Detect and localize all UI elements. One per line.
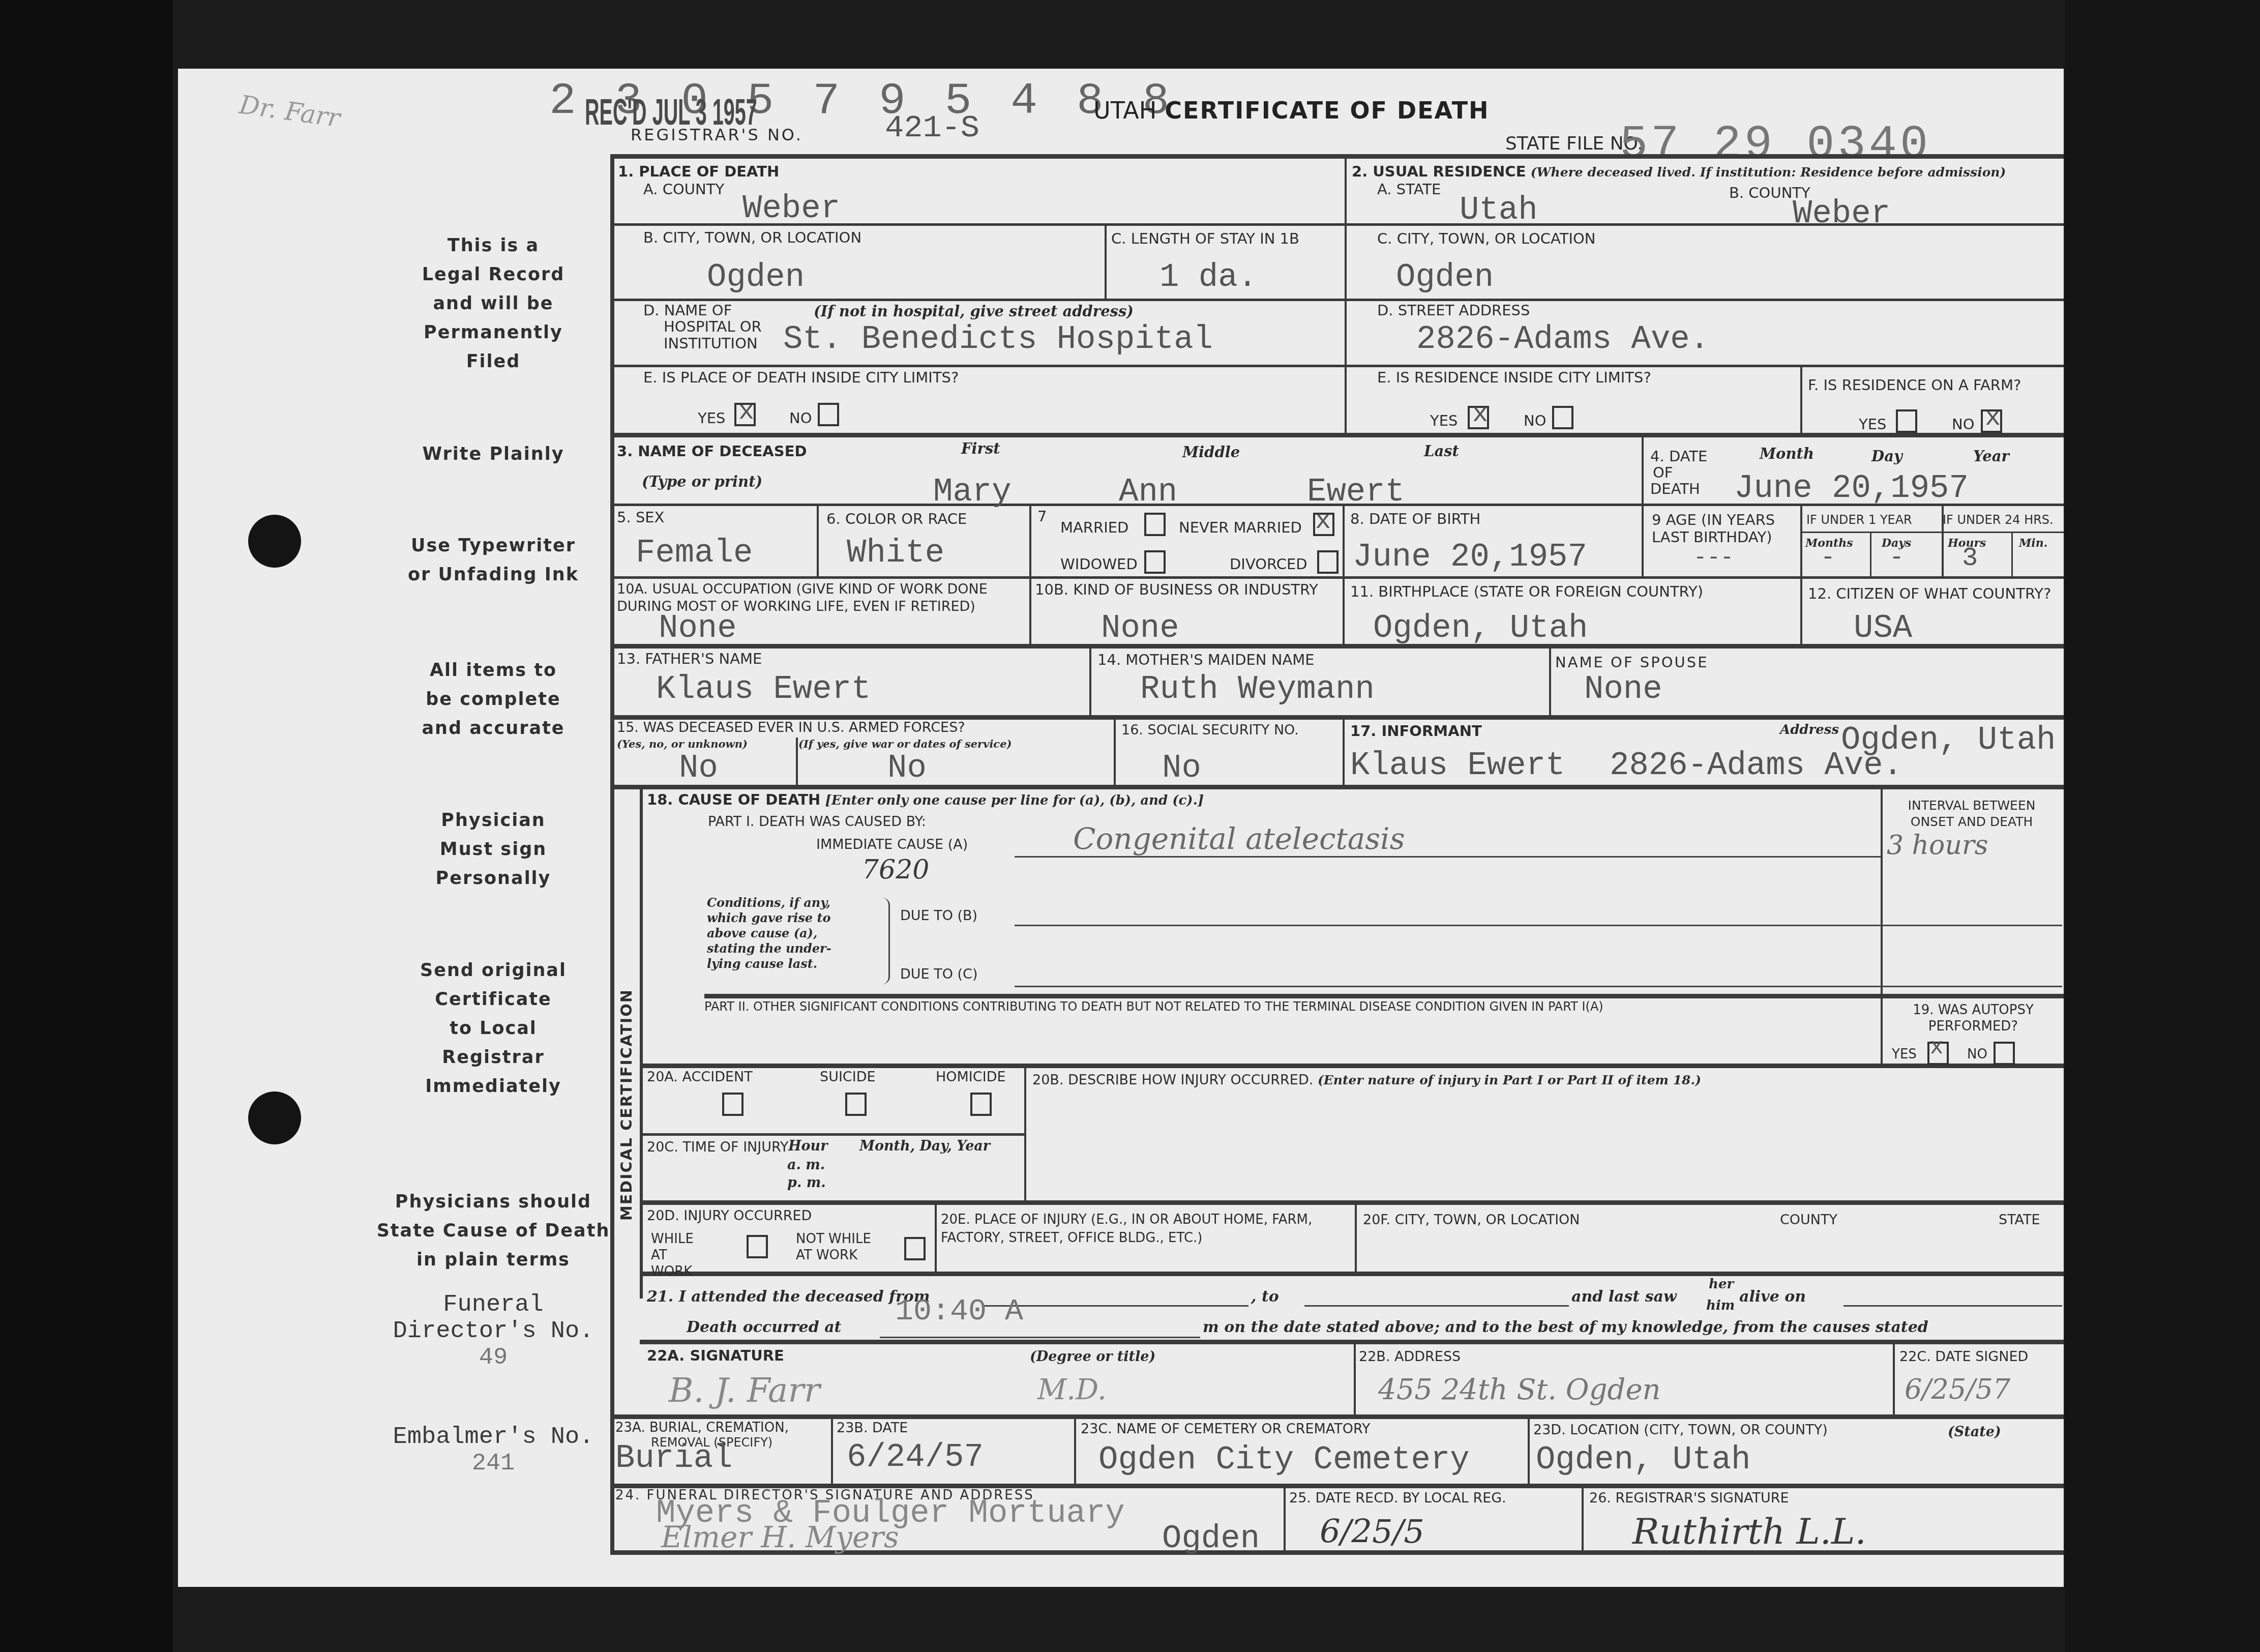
armed-forces-label: 15. WAS DECEASED EVER IN U.S. ARMED FORC… <box>617 720 965 735</box>
days-value[interactable]: - <box>1889 544 1904 572</box>
sidebar-note-typewriter: Use Typewriter or Unfading Ink <box>351 532 636 589</box>
autopsy-no-checkbox[interactable] <box>1994 1042 2015 1065</box>
date-signed-label: 22c. DATE SIGNED <box>1899 1349 2028 1365</box>
age-label: 9 AGE (In years last birthday) <box>1652 511 1794 546</box>
attended-text: 21. I attended the deceased from <box>647 1288 930 1306</box>
under-24-hrs-label: IF UNDER 24 HRS. <box>1943 513 2054 527</box>
registrar-no: 421-S <box>885 110 979 146</box>
her-label: her <box>1709 1277 1734 1292</box>
county-label: a. COUNTY <box>643 181 724 198</box>
married-label: MARRIED <box>1060 519 1128 536</box>
residence-state-value[interactable]: Utah <box>1460 192 1538 229</box>
suicide-checkbox[interactable] <box>845 1093 867 1116</box>
residence-state-label: a. STATE <box>1377 181 1441 198</box>
armed-forces-value[interactable]: No <box>679 750 718 787</box>
immediate-cause-label: IMMEDIATE CAUSE (a) <box>816 837 968 852</box>
funeral-city-value[interactable]: Ogden <box>1162 1521 1260 1557</box>
registrar-no-label: REGISTRAR'S NO. <box>631 125 803 144</box>
informant-address-label: Address <box>1780 722 1839 737</box>
injury-occurred-label: 20d. INJURY OCCURRED <box>647 1208 812 1224</box>
autopsy-yes-mark: x <box>1930 1035 1943 1060</box>
under-1-year-label: IF UNDER 1 YEAR <box>1806 513 1912 527</box>
hospital-hint: (If not in hospital, give street address… <box>814 303 1134 320</box>
informant-label: 17. INFORMANT <box>1350 722 1482 740</box>
date-of-death-label-1: 4. DATE <box>1650 448 1707 465</box>
farm-no-label: NO <box>1952 416 1975 433</box>
burial-method-label-1: 23a. BURIAL, CREMATION, <box>615 1420 789 1435</box>
residence-yes-label: YES <box>1430 412 1458 429</box>
citizen-label: 12. CITIZEN OF WHAT COUNTRY? <box>1808 585 2051 602</box>
physician-address-label: 22b. ADDRESS <box>1359 1349 1461 1365</box>
farm-yes-label: YES <box>1859 416 1886 433</box>
hour-label: Hour <box>788 1138 827 1154</box>
date-of-death-value[interactable]: June 20,1957 <box>1734 470 1969 507</box>
armed-hint-2: (If yes, give war or dates of service) <box>798 737 1012 750</box>
divorced-label: DIVORCED <box>1230 555 1307 573</box>
sidebar-note-write-plainly: Write Plainly <box>351 440 636 469</box>
signature-label: 22a. SIGNATURE <box>647 1347 784 1364</box>
last-name-label: Last <box>1424 442 1459 460</box>
interval-value[interactable]: 3 hours <box>1887 830 1988 861</box>
race-label: 6. COLOR OR RACE <box>826 510 967 527</box>
inside-limits-label: e. IS PLACE OF DEATH INSIDE CITY LIMITS? <box>643 369 959 386</box>
farm-yes-checkbox[interactable] <box>1896 409 1917 433</box>
armed-service-value[interactable]: No <box>887 750 927 787</box>
race-value[interactable]: White <box>847 535 944 572</box>
length-of-stay-label: c. LENGTH OF STAY IN 1b <box>1111 230 1299 247</box>
ssn-label: 16. SOCIAL SECURITY NO. <box>1121 722 1299 738</box>
citizen-value[interactable]: USA <box>1854 610 1912 647</box>
death-occurred-text: m on the date stated above; and to the b… <box>1203 1318 1928 1336</box>
homicide-label: HOMICIDE <box>936 1069 1005 1085</box>
punch-hole-top <box>248 515 301 568</box>
day-label: Day <box>1871 448 1902 465</box>
scan-background-right <box>2065 0 2260 1652</box>
residence-inside-no-checkbox[interactable] <box>1552 406 1573 429</box>
while-at-work-checkbox[interactable] <box>747 1235 768 1258</box>
residence-city-value[interactable]: Ogden <box>1396 259 1494 296</box>
sidebar-note-cause-plain: Physicians should State Cause of Death i… <box>351 1188 636 1275</box>
injury-state-label: STATE <box>1999 1212 2040 1228</box>
funeral-director-signature[interactable]: Elmer H. Myers <box>661 1520 899 1554</box>
hospital-label-3: INSTITUTION <box>664 335 758 352</box>
sex-label: 5. SEX <box>617 509 665 526</box>
hospital-value[interactable]: St. Benedicts Hospital <box>783 321 1213 358</box>
mother-label: 14. MOTHER'S MAIDEN NAME <box>1097 651 1315 668</box>
title-text: CERTIFICATE OF DEATH <box>1165 97 1489 124</box>
street-address-label: d. STREET ADDRESS <box>1377 302 1530 319</box>
divorced-checkbox[interactable] <box>1317 550 1339 574</box>
city-label: b. CITY, TOWN, OR LOCATION <box>643 229 861 246</box>
interval-label: INTERVAL BETWEEN ONSET AND DEATH <box>1888 798 2056 830</box>
place-of-death-label: 1. PLACE OF DEATH <box>618 163 779 180</box>
inside-limits-no-checkbox[interactable] <box>818 403 839 426</box>
residence-inside-yes-mark: x <box>1472 399 1488 429</box>
certificate-title: UTAH CERTIFICATE OF DEATH <box>1093 97 1490 124</box>
conditions-note: Conditions, if any, which gave rise to a… <box>707 895 875 971</box>
usual-residence-label: 2. USUAL RESIDENCE (Where deceased lived… <box>1352 163 2006 180</box>
burial-date-value[interactable]: 6/24/57 <box>847 1439 984 1476</box>
last-saw-text: and last saw <box>1571 1288 1677 1306</box>
industry-label: 10b. KIND OF BUSINESS OR INDUSTRY <box>1035 581 1318 598</box>
embalmer-no-block: Embalmer's No. 241 <box>351 1424 636 1477</box>
widowed-checkbox[interactable] <box>1144 550 1166 574</box>
married-checkbox[interactable] <box>1144 513 1166 536</box>
date-recd-value[interactable]: 6/25/5 <box>1320 1513 1424 1551</box>
am-label: a. m. <box>787 1157 825 1173</box>
burial-method-value[interactable]: Burial <box>615 1440 732 1477</box>
autopsy-no-label: NO <box>1967 1047 1987 1062</box>
part1-label: PART I. DEATH WAS CAUSED BY: <box>708 814 926 830</box>
sidebar-note-send-original: Send original Certificate to Local Regis… <box>351 956 636 1101</box>
birthplace-label: 11. BIRTHPLACE (State or foreign country… <box>1350 583 1703 600</box>
time-of-injury-label: 20c. TIME OF INJURY <box>647 1139 789 1155</box>
inside-limits-no-label: NO <box>789 409 812 427</box>
death-county-value[interactable]: Weber <box>742 191 840 227</box>
sidebar-note-physician-sign: Physician Must sign Personally <box>351 806 636 893</box>
scan-background-left <box>0 0 173 1652</box>
burial-date-label: 23b. DATE <box>837 1420 908 1436</box>
residence-no-label: NO <box>1524 412 1547 429</box>
injury-county-label: COUNTY <box>1780 1212 1837 1228</box>
not-while-at-work-checkbox[interactable] <box>904 1237 926 1260</box>
sex-value[interactable]: Female <box>636 535 753 572</box>
due-to-b-label: DUE TO (b) <box>900 908 977 924</box>
deceased-name-label: 3. NAME OF DECEASED <box>617 442 807 460</box>
autopsy-label: 19. WAS AUTOPSY PERFORMED? <box>1887 1002 2060 1035</box>
street-address-value[interactable]: 2826-Adams Ave. <box>1416 321 1709 358</box>
death-occurred-label: Death occurred at <box>687 1318 841 1336</box>
physician-signature[interactable]: B. J. Farr <box>669 1371 820 1410</box>
widowed-label: WIDOWED <box>1060 555 1138 573</box>
spouse-value[interactable]: None <box>1584 671 1662 708</box>
length-of-stay-value[interactable]: 1 da. <box>1159 259 1257 296</box>
min-label: Min. <box>2019 537 2047 550</box>
cemetery-value[interactable]: Ogden City Cemetery <box>1098 1442 1470 1479</box>
middle-name-label: Middle <box>1182 444 1240 461</box>
sidebar-note-legal-record: This is a Legal Record and will be Perma… <box>351 231 636 376</box>
registrar-signature[interactable]: Ruthirth L.L. <box>1632 1511 1866 1552</box>
deceased-name-hint: (Type or print) <box>642 473 762 490</box>
conditions-brace <box>882 898 890 984</box>
inside-limits-yes-label: YES <box>698 409 725 427</box>
first-name-label: First <box>961 440 1000 457</box>
alive-on-text: alive on <box>1739 1288 1806 1306</box>
middle-name-value[interactable]: Ann <box>1119 474 1177 511</box>
never-married-label: NEVER MARRIED <box>1179 519 1302 536</box>
date-of-death-label-2: OF <box>1653 464 1673 481</box>
registrar-signature-label: 26. REGISTRAR'S SIGNATURE <box>1589 1490 1789 1506</box>
medical-certification-label: MEDICAL CERTIFICATION <box>618 989 636 1221</box>
residence-county-value[interactable]: Weber <box>1793 196 1890 232</box>
part2-label: PART II. OTHER SIGNIFICANT CONDITIONS CO… <box>704 999 1603 1014</box>
birthplace-value[interactable]: Ogden, Utah <box>1373 610 1588 647</box>
hours-value[interactable]: 3 <box>1962 543 1978 573</box>
ssn-value[interactable]: No <box>1162 750 1201 787</box>
suicide-label: SUICIDE <box>820 1069 876 1085</box>
funeral-director-no-block: Funeral Director's No. 49 <box>351 1292 636 1371</box>
injury-desc-label: 20b. DESCRIBE HOW INJURY OCCURRED. (Ente… <box>1032 1072 1701 1088</box>
months-value[interactable]: - <box>1821 544 1835 572</box>
residence-inside-limits-label: e. IS RESIDENCE INSIDE CITY LIMITS? <box>1377 369 1651 386</box>
autopsy-yes-label: YES <box>1892 1047 1917 1062</box>
burial-state-label: (State) <box>1948 1424 2001 1440</box>
date-of-death-label-3: DEATH <box>1650 480 1700 497</box>
death-time-value[interactable]: 10:40 A <box>895 1294 1023 1329</box>
homicide-checkbox[interactable] <box>970 1093 992 1116</box>
informant-value[interactable]: Klaus Ewert <box>1350 748 1565 784</box>
attended-to-text: , to <box>1251 1288 1279 1306</box>
while-at-work-label: WHILE AT WORK <box>651 1231 707 1280</box>
punch-hole-bottom <box>248 1091 301 1144</box>
due-to-c-label: DUE TO (c) <box>900 966 977 982</box>
hospital-label-2: HOSPITAL OR <box>664 318 762 335</box>
burial-location-label: 23d. LOCATION (City, town, or county) <box>1533 1422 1828 1438</box>
not-while-at-work-label: NOT WHILE AT WORK <box>796 1231 872 1263</box>
father-label: 13. FATHER'S NAME <box>617 650 762 667</box>
sidebar-note-complete: All items to be complete and accurate <box>351 656 636 743</box>
title-state: UTAH <box>1093 97 1156 124</box>
injury-city-label: 20f. CITY, TOWN, OR LOCATION <box>1363 1212 1580 1228</box>
cause-of-death-label: 18. CAUSE OF DEATH [Enter only one cause… <box>647 791 1204 808</box>
last-name-value[interactable]: Ewert <box>1307 474 1405 511</box>
dob-label: 8. DATE OF BIRTH <box>1350 510 1480 527</box>
accident-checkbox[interactable] <box>722 1093 744 1116</box>
year-label: Year <box>1973 448 2009 465</box>
armed-hint-1: (Yes, no, or unknown) <box>617 737 748 750</box>
industry-value[interactable]: None <box>1101 610 1179 647</box>
inside-limits-yes-mark: x <box>738 397 754 427</box>
date-recd-label: 25. DATE RECD. BY LOCAL REG. <box>1289 1490 1506 1506</box>
informant-address-line2[interactable]: 2826-Adams Ave. <box>1610 748 1902 784</box>
accident-label: 20a. ACCIDENT <box>647 1069 753 1085</box>
dob-value[interactable]: June 20,1957 <box>1353 539 1587 576</box>
never-married-mark: x <box>1315 506 1331 536</box>
death-city-value[interactable]: Ogden <box>707 259 805 296</box>
immediate-cause-value[interactable]: Congenital atelectasis <box>1073 821 1405 856</box>
marital-num: 7 <box>1037 508 1047 525</box>
first-name-value[interactable]: Mary <box>933 474 1012 511</box>
month-label: Month <box>1760 445 1814 462</box>
pm-label: p. m. <box>787 1175 826 1191</box>
spouse-label: NAME OF SPOUSE <box>1555 654 1709 671</box>
physician-degree[interactable]: M.D. <box>1037 1373 1107 1406</box>
hospital-label-1: d. NAME OF <box>643 302 732 319</box>
residence-city-label: c. CITY, TOWN, OR LOCATION <box>1377 230 1595 247</box>
cause-code: 7620 <box>862 854 929 885</box>
physician-address-value[interactable]: 455 24th St. Ogden <box>1378 1373 1661 1406</box>
age-value[interactable]: --- <box>1693 545 1734 571</box>
mother-value[interactable]: Ruth Weymann <box>1140 671 1375 708</box>
him-label: him <box>1706 1298 1735 1313</box>
farm-label: f. IS RESIDENCE ON A FARM? <box>1808 376 2021 394</box>
occupation-value[interactable]: None <box>659 610 737 647</box>
burial-location-value[interactable]: Ogden, Utah <box>1536 1442 1750 1479</box>
cemetery-label: 23c. NAME OF CEMETERY OR CREMATORY <box>1081 1421 1370 1437</box>
father-value[interactable]: Klaus Ewert <box>656 671 871 708</box>
degree-label: (Degree or title) <box>1030 1349 1155 1365</box>
farm-no-mark: x <box>1985 403 2001 433</box>
place-of-injury-label: 20e. PLACE OF INJURY (e.g., in or about … <box>941 1211 1348 1247</box>
date-signed-value[interactable]: 6/25/57 <box>1905 1373 2010 1405</box>
month-day-year-label: Month, Day, Year <box>859 1138 990 1154</box>
